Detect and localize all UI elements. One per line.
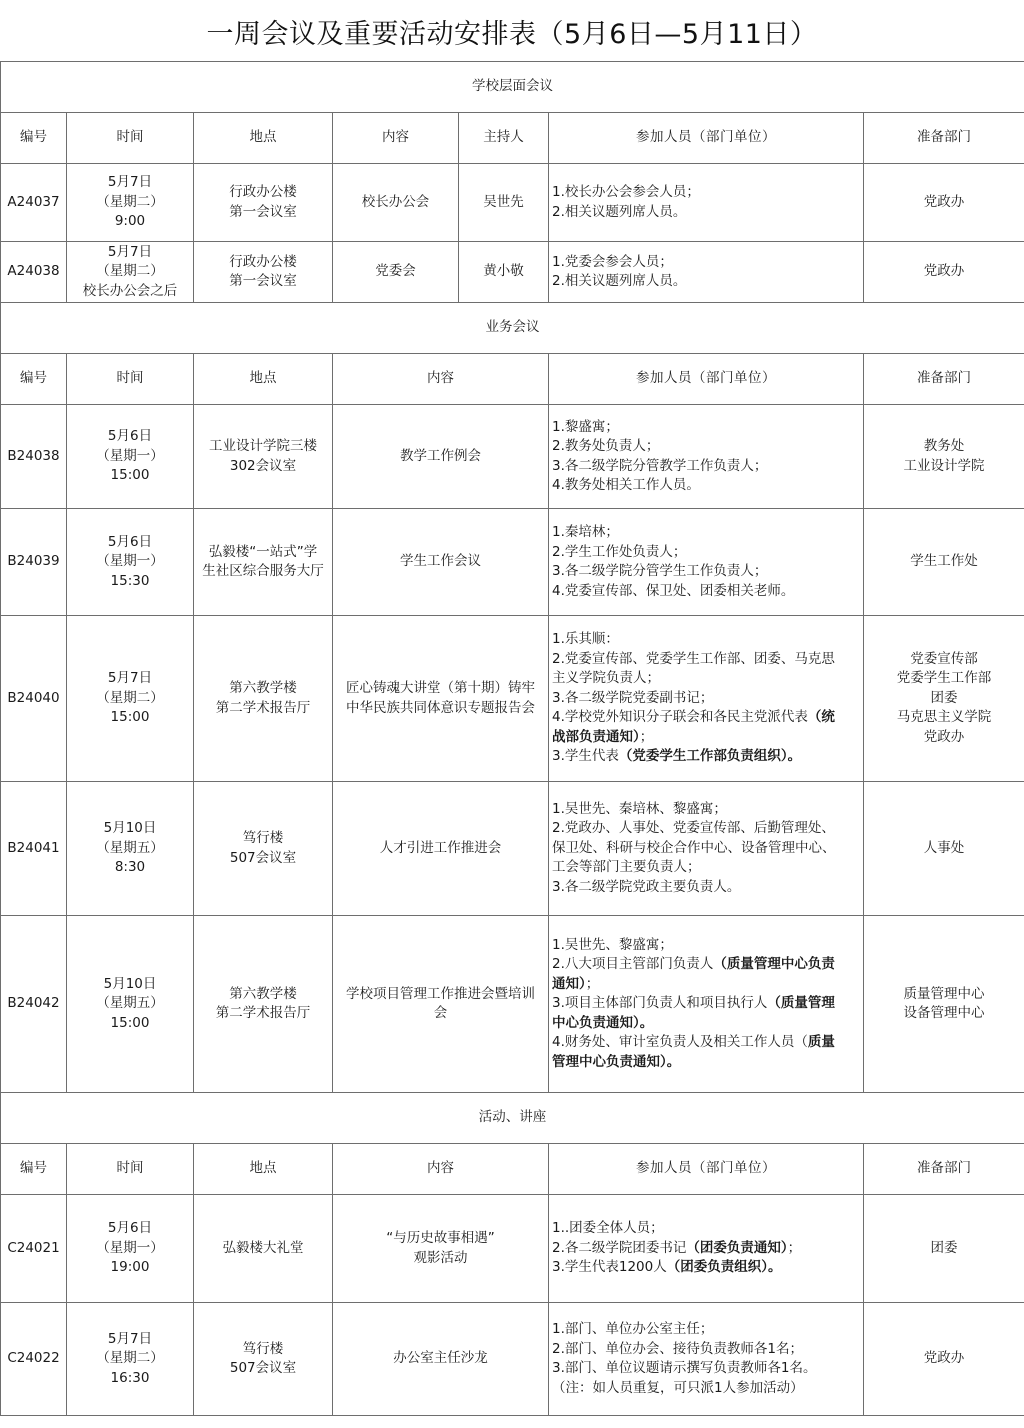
column-header: 地点	[194, 1144, 333, 1195]
column-header: 准备部门	[864, 113, 1024, 164]
content-line: 人才引进工作推进会	[333, 839, 548, 859]
table-row: A240385月7日（星期二）校长办公会之后行政办公楼第一会议室党委会黄小敬1.…	[1, 242, 1024, 303]
meeting-place: 工业设计学院三楼302会议室	[194, 405, 333, 509]
place-line: 生社区综合服务大厅	[194, 562, 332, 582]
attendee-text: 工会等部门主要负责人；	[552, 859, 701, 875]
time-line: 5月6日	[67, 533, 193, 553]
attendee-text: 1.吴世先、秦培林、黎盛寓；	[552, 801, 727, 817]
attendee-text: 保卫处、科研与校企合作中心、设备管理中心、	[552, 840, 836, 856]
prep-line: 人事处	[864, 839, 1024, 859]
prep-department: 党政办	[864, 242, 1024, 303]
table-row: B240385月6日（星期一）15:00工业设计学院三楼302会议室教学工作例会…	[1, 405, 1024, 509]
meeting-place: 笃行楼507会议室	[194, 1303, 333, 1416]
place-line: 第一会议室	[194, 272, 332, 292]
attendee-line: 2.教务处负责人；	[552, 437, 857, 457]
attendee-text: 3.各二级学院党委副书记；	[552, 690, 713, 706]
prep-department: 党委宣传部党委学生工作部团委马克思主义学院党政办	[864, 616, 1024, 782]
prep-line: 教务处	[864, 437, 1024, 457]
meeting-content: 党委会	[333, 242, 459, 303]
prep-department: 质量管理中心设备管理中心	[864, 916, 1024, 1093]
attendee-text: 4.学校党外知识分子联会和各民主党派代表	[552, 709, 808, 725]
attendee-text: ；	[788, 1240, 802, 1256]
page-title: 一周会议及重要活动安排表（5月6日—5月11日）	[0, 0, 1024, 62]
column-header: 编号	[1, 1144, 67, 1195]
attendee-line: 1.吴世先、秦培林、黎盛寓；	[552, 800, 857, 820]
notice-note: （团委负责通知）	[686, 1240, 787, 1256]
time-line: （星期五）	[67, 839, 193, 859]
meeting-time: 5月7日（星期二）16:30	[67, 1303, 194, 1416]
attendee-line: 1.乐其顺：	[552, 630, 857, 650]
meeting-place: 弘毅楼“一站式”学生社区综合服务大厅	[194, 509, 333, 616]
meeting-content: 匠心铸魂大讲堂（第十期）铸牢中华民族共同体意识专题报告会	[333, 616, 549, 782]
time-line: 9:00	[67, 212, 193, 232]
prep-department: 党政办	[864, 164, 1024, 242]
attendee-line: 3.部门、单位议题请示撰写负责教师各1名。	[552, 1359, 857, 1379]
table-row: C240215月6日（星期一）19:00弘毅楼大礼堂“与历史故事相遇”观影活动1…	[1, 1195, 1024, 1303]
meeting-place: 行政办公楼第一会议室	[194, 242, 333, 303]
attendee-line: 2.各二级学院团委书记（团委负责通知）；	[552, 1239, 857, 1259]
meeting-id: B24041	[1, 782, 67, 916]
time-line: （星期五）	[67, 994, 193, 1014]
meeting-attendees: 1.校长办公会参会人员；2.相关议题列席人员。	[549, 164, 864, 242]
table-row: B240425月10日（星期五）15:00第六教学楼第二学术报告厅学校项目管理工…	[1, 916, 1024, 1093]
attendee-line: 3.各二级学院党委副书记；	[552, 689, 857, 709]
section-title: 学校层面会议	[1, 62, 1024, 113]
prep-line: 工业设计学院	[864, 457, 1024, 477]
place-line: 302会议室	[194, 457, 332, 477]
prep-line: 党委宣传部	[864, 650, 1024, 670]
meeting-time: 5月10日（星期五）15:00	[67, 916, 194, 1093]
content-line: 中华民族共同体意识专题报告会	[333, 699, 548, 719]
meeting-id: B24042	[1, 916, 67, 1093]
attendee-line: 2.部门、单位办会、接待负责教师各1名；	[552, 1340, 857, 1360]
place-line: 工业设计学院三楼	[194, 437, 332, 457]
time-line: 5月7日	[67, 1330, 193, 1350]
attendee-text: 1.乐其顺：	[552, 631, 619, 647]
attendee-text: 2.党政办、人事处、党委宣传部、后勤管理处、	[552, 820, 835, 836]
attendee-line: （注：如人员重复，可只派1人参加活动）	[552, 1379, 857, 1399]
attendee-text: 3.学生代表1200人	[552, 1259, 667, 1275]
content-line: 学生工作会议	[333, 552, 548, 572]
time-line: 15:00	[67, 1014, 193, 1034]
content-line: 办公室主任沙龙	[333, 1349, 548, 1369]
attendee-text: 3.各二级学院分管学生工作负责人；	[552, 563, 767, 579]
meeting-attendees: 1.黎盛寓；2.教务处负责人；3.各二级学院分管教学工作负责人；4.教务处相关工…	[549, 405, 864, 509]
meeting-attendees: 1.吴世先、秦培林、黎盛寓；2.党政办、人事处、党委宣传部、后勤管理处、保卫处、…	[549, 782, 864, 916]
column-header: 内容	[333, 354, 549, 405]
attendee-line: 2.相关议题列席人员。	[552, 203, 857, 223]
notice-note: 战部负责通知）	[552, 729, 640, 745]
place-line: 507会议室	[194, 1359, 332, 1379]
notice-note: （党委学生工作部负责组织）。	[619, 748, 801, 764]
prep-line: 学生工作处	[864, 552, 1024, 572]
attendee-text: 3.各二级学院分管教学工作负责人；	[552, 458, 767, 474]
column-header-row: 编号时间地点内容参加人员（部门单位）准备部门	[1, 1144, 1024, 1195]
notice-note: 中心负责通知）。	[552, 1015, 653, 1031]
attendee-text: 1.党委会参会人员；	[552, 254, 673, 270]
meeting-time: 5月6日（星期一）15:30	[67, 509, 194, 616]
time-line: 校长办公会之后	[67, 282, 193, 302]
place-line: 507会议室	[194, 849, 332, 869]
time-line: 19:00	[67, 1258, 193, 1278]
meeting-id: B24040	[1, 616, 67, 782]
attendee-text: 2.八大项目主管部门负责人	[552, 956, 713, 972]
meeting-id: B24039	[1, 509, 67, 616]
attendee-line: 主义学院负责人；	[552, 669, 857, 689]
meeting-time: 5月7日（星期二）15:00	[67, 616, 194, 782]
attendee-line: 保卫处、科研与校企合作中心、设备管理中心、	[552, 839, 857, 859]
time-line: 8:30	[67, 858, 193, 878]
meeting-content: 人才引进工作推进会	[333, 782, 549, 916]
prep-department: 党政办	[864, 1303, 1024, 1416]
prep-line: 党政办	[864, 262, 1024, 282]
attendee-line: 1.黎盛寓；	[552, 418, 857, 438]
attendee-text: 1.吴世先、黎盛寓；	[552, 937, 673, 953]
meeting-time: 5月10日（星期五）8:30	[67, 782, 194, 916]
time-line: 5月6日	[67, 427, 193, 447]
time-line: 15:00	[67, 708, 193, 728]
attendee-text: 3.学生代表	[552, 748, 619, 764]
meeting-id: C24022	[1, 1303, 67, 1416]
meeting-id: A24037	[1, 164, 67, 242]
meeting-host: 吴世先	[459, 164, 549, 242]
attendee-line: 1.部门、单位办公室主任；	[552, 1320, 857, 1340]
time-line: 15:30	[67, 572, 193, 592]
time-line: 16:30	[67, 1369, 193, 1389]
attendee-text: 2.相关议题列席人员。	[552, 273, 686, 289]
meeting-content: 教学工作例会	[333, 405, 549, 509]
column-header: 参加人员（部门单位）	[549, 113, 864, 164]
column-header: 参加人员（部门单位）	[549, 354, 864, 405]
column-header: 编号	[1, 354, 67, 405]
column-header: 编号	[1, 113, 67, 164]
table-row: B240395月6日（星期一）15:30弘毅楼“一站式”学生社区综合服务大厅学生…	[1, 509, 1024, 616]
content-line: 校长办公会	[333, 193, 458, 213]
attendee-line: 工会等部门主要负责人；	[552, 858, 857, 878]
meeting-time: 5月6日（星期一）15:00	[67, 405, 194, 509]
section-title-row: 活动、讲座	[1, 1093, 1024, 1144]
attendee-line: 1.党委会参会人员；	[552, 253, 857, 273]
attendee-line: 2.党委宣传部、党委学生工作部、团委、马克思	[552, 650, 857, 670]
content-line: 教学工作例会	[333, 447, 548, 467]
notice-note: 管理中心负责通知）。	[552, 1054, 680, 1070]
meeting-time: 5月7日（星期二）校长办公会之后	[67, 242, 194, 303]
time-line: 5月10日	[67, 975, 193, 995]
time-line: 5月6日	[67, 1219, 193, 1239]
time-line: 5月7日	[67, 669, 193, 689]
attendee-line: 1.校长办公会参会人员；	[552, 183, 857, 203]
attendee-text: 1.部门、单位办公室主任；	[552, 1321, 713, 1337]
attendee-text: 2.党委宣传部、党委学生工作部、团委、马克思	[552, 651, 835, 667]
attendee-text: 1.秦培林；	[552, 524, 619, 540]
place-line: 第二学术报告厅	[194, 1004, 332, 1024]
column-header: 准备部门	[864, 1144, 1024, 1195]
column-header: 参加人员（部门单位）	[549, 1144, 864, 1195]
table-row: C240225月7日（星期二）16:30笃行楼507会议室办公室主任沙龙1.部门…	[1, 1303, 1024, 1416]
attendee-text: 1..团委全体人员；	[552, 1220, 664, 1236]
attendee-text: 3.项目主体部门负责人和项目执行人	[552, 995, 767, 1011]
column-header: 地点	[194, 354, 333, 405]
attendee-line: 通知）；	[552, 975, 857, 995]
place-line: 弘毅楼“一站式”学	[194, 543, 332, 563]
table-row: B240415月10日（星期五）8:30笃行楼507会议室人才引进工作推进会1.…	[1, 782, 1024, 916]
meeting-attendees: 1.部门、单位办公室主任；2.部门、单位办会、接待负责教师各1名；3.部门、单位…	[549, 1303, 864, 1416]
meeting-content: 学校项目管理工作推进会暨培训会	[333, 916, 549, 1093]
meeting-content: 办公室主任沙龙	[333, 1303, 549, 1416]
time-line: 5月10日	[67, 819, 193, 839]
meeting-id: B24038	[1, 405, 67, 509]
attendee-text: 2.学生工作处负责人；	[552, 544, 686, 560]
attendee-line: 4.学校党外知识分子联会和各民主党派代表（统	[552, 708, 857, 728]
attendee-text: 3.部门、单位议题请示撰写负责教师各1名。	[552, 1360, 816, 1376]
attendee-line: 1.吴世先、黎盛寓；	[552, 936, 857, 956]
meeting-time: 5月7日（星期二）9:00	[67, 164, 194, 242]
attendee-text: （注：如人员重复，可只派1人参加活动）	[552, 1380, 804, 1396]
place-line: 第一会议室	[194, 203, 332, 223]
prep-line: 团委	[864, 1239, 1024, 1259]
place-line: 行政办公楼	[194, 183, 332, 203]
prep-line: 质量管理中心	[864, 985, 1024, 1005]
attendee-line: 中心负责通知）。	[552, 1014, 857, 1034]
attendee-text: 2.各二级学院团委书记	[552, 1240, 686, 1256]
time-line: 5月7日	[67, 243, 193, 263]
meeting-id: C24021	[1, 1195, 67, 1303]
attendee-text: 2.部门、单位办会、接待负责教师各1名；	[552, 1341, 803, 1357]
notice-note: 质量	[808, 1034, 835, 1050]
place-line: 行政办公楼	[194, 253, 332, 273]
attendee-line: 2.相关议题列席人员。	[552, 272, 857, 292]
attendee-text: 1.校长办公会参会人员；	[552, 184, 700, 200]
section-title: 活动、讲座	[1, 1093, 1024, 1144]
prep-line: 党政办	[864, 1349, 1024, 1369]
prep-line: 党政办	[864, 193, 1024, 213]
attendee-text: ；	[586, 976, 600, 992]
section-title-row: 学校层面会议	[1, 62, 1024, 113]
time-line: （星期一）	[67, 552, 193, 572]
content-line: 会	[333, 1004, 548, 1024]
attendee-line: 3.项目主体部门负责人和项目执行人（质量管理	[552, 994, 857, 1014]
prep-department: 团委	[864, 1195, 1024, 1303]
prep-line: 设备管理中心	[864, 1004, 1024, 1024]
place-line: 笃行楼	[194, 1340, 332, 1360]
prep-line: 党政办	[864, 728, 1024, 748]
attendee-line: 1..团委全体人员；	[552, 1219, 857, 1239]
column-header: 内容	[333, 1144, 549, 1195]
place-line: 第二学术报告厅	[194, 699, 332, 719]
meeting-attendees: 1..团委全体人员；2.各二级学院团委书记（团委负责通知）；3.学生代表1200…	[549, 1195, 864, 1303]
meeting-place: 弘毅楼大礼堂	[194, 1195, 333, 1303]
prep-department: 学生工作处	[864, 509, 1024, 616]
attendee-line: 3.各二级学院分管教学工作负责人；	[552, 457, 857, 477]
meeting-attendees: 1.吴世先、黎盛寓；2.八大项目主管部门负责人（质量管理中心负责通知）；3.项目…	[549, 916, 864, 1093]
meeting-attendees: 1.党委会参会人员；2.相关议题列席人员。	[549, 242, 864, 303]
prep-line: 马克思主义学院	[864, 708, 1024, 728]
attendee-line: 4.党委宣传部、保卫处、团委相关老师。	[552, 582, 857, 602]
column-header: 时间	[67, 1144, 194, 1195]
attendee-text: 主义学院负责人；	[552, 670, 660, 686]
attendee-line: 管理中心负责通知）。	[552, 1053, 857, 1073]
column-header: 地点	[194, 113, 333, 164]
meeting-attendees: 1.秦培林；2.学生工作处负责人；3.各二级学院分管学生工作负责人；4.党委宣传…	[549, 509, 864, 616]
attendee-line: 3.各二级学院分管学生工作负责人；	[552, 562, 857, 582]
attendee-text: 2.相关议题列席人员。	[552, 204, 686, 220]
column-header-row: 编号时间地点内容主持人参加人员（部门单位）准备部门	[1, 113, 1024, 164]
meeting-place: 第六教学楼第二学术报告厅	[194, 616, 333, 782]
place-line: 第六教学楼	[194, 985, 332, 1005]
meeting-attendees: 1.乐其顺：2.党委宣传部、党委学生工作部、团委、马克思主义学院负责人；3.各二…	[549, 616, 864, 782]
table-row: A240375月7日（星期二）9:00行政办公楼第一会议室校长办公会吴世先1.校…	[1, 164, 1024, 242]
column-header: 主持人	[459, 113, 549, 164]
content-line: 匠心铸魂大讲堂（第十期）铸牢	[333, 679, 548, 699]
attendee-text: 2.教务处负责人；	[552, 438, 659, 454]
meeting-place: 笃行楼507会议室	[194, 782, 333, 916]
time-line: （星期二）	[67, 262, 193, 282]
prep-department: 人事处	[864, 782, 1024, 916]
attendee-line: 战部负责通知）；	[552, 728, 857, 748]
attendee-text: 3.各二级学院党政主要负责人。	[552, 879, 740, 895]
notice-note: （统	[808, 709, 835, 725]
attendee-line: 2.八大项目主管部门负责人（质量管理中心负责	[552, 955, 857, 975]
section-title-row: 业务会议	[1, 303, 1024, 354]
section-title: 业务会议	[1, 303, 1024, 354]
meeting-host: 黄小敬	[459, 242, 549, 303]
meeting-content: “与历史故事相遇”观影活动	[333, 1195, 549, 1303]
time-line: （星期二）	[67, 193, 193, 213]
column-header: 时间	[67, 354, 194, 405]
attendee-text: 4.党委宣传部、保卫处、团委相关老师。	[552, 583, 794, 599]
place-line: 笃行楼	[194, 829, 332, 849]
meeting-place: 行政办公楼第一会议室	[194, 164, 333, 242]
notice-note: 通知）	[552, 976, 586, 992]
prep-line: 团委	[864, 689, 1024, 709]
place-line: 第六教学楼	[194, 679, 332, 699]
meeting-time: 5月6日（星期一）19:00	[67, 1195, 194, 1303]
attendee-text: ；	[640, 729, 654, 745]
meeting-content: 校长办公会	[333, 164, 459, 242]
notice-note: （质量管理中心负责	[713, 956, 835, 972]
meeting-content: 学生工作会议	[333, 509, 549, 616]
meeting-place: 第六教学楼第二学术报告厅	[194, 916, 333, 1093]
prep-line: 党委学生工作部	[864, 669, 1024, 689]
time-line: （星期一）	[67, 1239, 193, 1259]
attendee-text: 4.教务处相关工作人员。	[552, 477, 700, 493]
content-line: “与历史故事相遇”	[333, 1229, 548, 1249]
schedule-body: 学校层面会议编号时间地点内容主持人参加人员（部门单位）准备部门A240375月7…	[1, 62, 1024, 1416]
attendee-line: 3.学生代表（党委学生工作部负责组织）。	[552, 747, 857, 767]
notice-note: （团委负责组织）。	[667, 1259, 782, 1275]
place-line: 弘毅楼大礼堂	[194, 1239, 332, 1259]
column-header: 准备部门	[864, 354, 1024, 405]
content-line: 观影活动	[333, 1249, 548, 1269]
attendee-line: 3.学生代表1200人（团委负责组织）。	[552, 1258, 857, 1278]
attendee-line: 1.秦培林；	[552, 523, 857, 543]
time-line: 5月7日	[67, 173, 193, 193]
time-line: 15:00	[67, 466, 193, 486]
notice-note: （质量管理	[767, 995, 835, 1011]
attendee-line: 2.党政办、人事处、党委宣传部、后勤管理处、	[552, 819, 857, 839]
content-line: 党委会	[333, 262, 458, 282]
column-header: 内容	[333, 113, 459, 164]
time-line: （星期一）	[67, 447, 193, 467]
meeting-id: A24038	[1, 242, 67, 303]
content-line: 学校项目管理工作推进会暨培训	[333, 985, 548, 1005]
attendee-line: 2.学生工作处负责人；	[552, 543, 857, 563]
attendee-line: 3.各二级学院党政主要负责人。	[552, 878, 857, 898]
prep-department: 教务处工业设计学院	[864, 405, 1024, 509]
column-header-row: 编号时间地点内容参加人员（部门单位）准备部门	[1, 354, 1024, 405]
attendee-line: 4.教务处相关工作人员。	[552, 476, 857, 496]
attendee-text: 1.黎盛寓；	[552, 419, 619, 435]
table-row: B240405月7日（星期二）15:00第六教学楼第二学术报告厅匠心铸魂大讲堂（…	[1, 616, 1024, 782]
time-line: （星期二）	[67, 689, 193, 709]
time-line: （星期二）	[67, 1349, 193, 1369]
attendee-text: 4.财务处、审计室负责人及相关工作人员（	[552, 1034, 808, 1050]
attendee-line: 4.财务处、审计室负责人及相关工作人员（质量	[552, 1033, 857, 1053]
column-header: 时间	[67, 113, 194, 164]
schedule-table: 学校层面会议编号时间地点内容主持人参加人员（部门单位）准备部门A240375月7…	[0, 61, 1024, 1416]
